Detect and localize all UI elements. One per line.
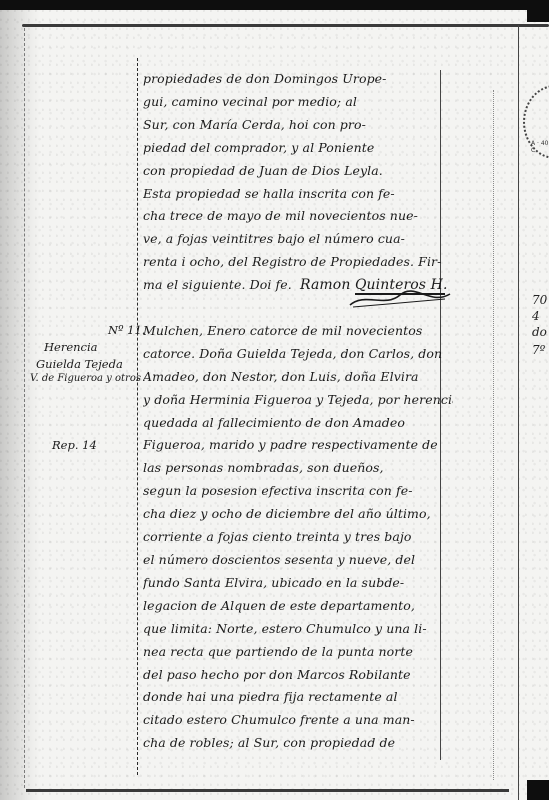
text-line: piedad del comprador, y al Poniente	[143, 137, 453, 160]
text-line: corriente a fojas ciento treinta y tres …	[143, 526, 453, 549]
right-margin-note: 70	[532, 293, 547, 307]
text-line: catorce. Doña Guielda Tejeda, don Carlos…	[143, 343, 453, 366]
text-line: del paso hecho por don Marcos Robilante	[143, 664, 453, 687]
scan-corner-bottom-right	[527, 780, 549, 800]
text-line: cha trece de mayo de mil novecientos nue…	[143, 205, 453, 228]
text-line: fundo Santa Elvira, ubicado en la subde-	[143, 572, 453, 595]
text-line: citado estero Chumulco frente a una man-	[143, 709, 453, 732]
scan-corner-top-right	[527, 0, 549, 22]
text-line: Mulchen, Enero catorce de mil noveciento…	[143, 320, 453, 343]
text-line: renta i ocho, del Registro de Propiedade…	[143, 251, 453, 274]
text-line: y doña Herminia Figueroa y Tejeda, por h…	[143, 389, 453, 412]
page-bottom-edge	[26, 789, 509, 792]
text-line: Amadeo, don Nestor, don Luis, doña Elvir…	[143, 366, 453, 389]
page-top-edge	[22, 24, 549, 27]
text-line: segun la posesion efectiva inscrita con …	[143, 480, 453, 503]
text-line: ve, a fojas veintitres bajo el número cu…	[143, 228, 453, 251]
text-line: ma el siguiente. Doi fe.	[143, 277, 292, 292]
right-margin-note: 4	[532, 309, 540, 323]
text-line: quedada al fallecimiento de don Amadeo	[143, 412, 453, 435]
stamp-fragment: A · 40 C	[531, 140, 549, 154]
entry-number: Nº 11.	[108, 323, 145, 337]
text-line: que limita: Norte, estero Chumulco y una…	[143, 618, 453, 641]
text-line: gui, camino vecinal por medio; al	[143, 91, 453, 114]
text-margin-rule	[137, 58, 138, 775]
text-line: Esta propiedad se halla inscrita con fe-	[143, 183, 453, 206]
right-margin-note: 7º	[532, 343, 545, 357]
rubric-flourish-icon	[345, 290, 455, 310]
text-line: Figueroa, marido y padre respectivamente…	[143, 434, 453, 457]
margin-title-line: V. de Figueroa y otros	[30, 373, 141, 384]
right-margin-note: do	[532, 325, 547, 339]
margin-title-line: Herencia	[44, 340, 98, 354]
text-line: nea recta que partiendo de la punta nort…	[143, 641, 453, 664]
binding-shadow	[0, 0, 40, 800]
text-line: Sur, con María Cerda, hoi con pro-	[143, 114, 453, 137]
text-line: el número doscientos sesenta y nueve, de…	[143, 549, 453, 572]
text-line: con propiedad de Juan de Dios Leyla.	[143, 160, 453, 183]
margin-title-line: Guielda Tejeda	[36, 357, 123, 371]
text-line: las personas nombradas, son dueños,	[143, 457, 453, 480]
right-dotted-rule	[493, 90, 494, 780]
text-line: donde hai una piedra fija rectamente al	[143, 686, 453, 709]
repertory-ref: Rep. 14	[52, 438, 97, 452]
text-line: cha de robles; al Sur, con propiedad de	[143, 732, 453, 755]
next-page-edge	[518, 25, 519, 800]
scan-top-border	[0, 0, 549, 10]
page-left-margin-line	[24, 28, 26, 788]
text-line: propiedades de don Domingos Urope-	[143, 68, 453, 91]
handwritten-body: propiedades de don Domingos Urope- gui, …	[143, 68, 453, 755]
text-line: legacion de Alquen de este departamento,	[143, 595, 453, 618]
text-line: cha diez y ocho de diciembre del año últ…	[143, 503, 453, 526]
